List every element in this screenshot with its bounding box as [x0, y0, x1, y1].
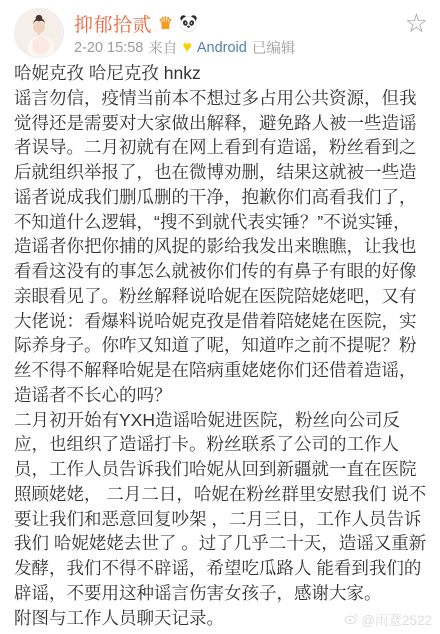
edited-label: 已编辑 [252, 37, 296, 58]
post-text: 哈妮克孜 哈尼克孜 hnkz 谣言勿信，疫情当前本不想过多占用公共资源，但我 觉… [14, 61, 436, 630]
panda-icon [179, 14, 198, 33]
heart-icon: ♥ [182, 40, 192, 56]
avatar-portrait [15, 9, 63, 57]
vip-crown-icon: ♛ [156, 14, 175, 33]
watermark: @雨薏2522 [343, 609, 432, 629]
watermark-handle: @雨薏2522 [361, 609, 432, 629]
weibo-logo-icon [343, 613, 358, 626]
weibo-post-page: 抑郁拾贰 ♛ 2-20 15:58 来自 ♥ Android 已编 [0, 0, 440, 634]
favorite-star-icon[interactable]: ☆ [405, 10, 428, 36]
source-prefix: 来自 [148, 37, 177, 58]
source-link[interactable]: Android [197, 40, 247, 56]
username[interactable]: 抑郁拾贰 [74, 10, 152, 37]
avatar[interactable] [14, 8, 64, 58]
post-meta: 2-20 15:58 来自 ♥ Android 已编辑 [74, 37, 295, 58]
timestamp: 2-20 15:58 [74, 40, 143, 56]
post-header: 抑郁拾贰 ♛ 2-20 15:58 来自 ♥ Android 已编 [0, 0, 440, 60]
